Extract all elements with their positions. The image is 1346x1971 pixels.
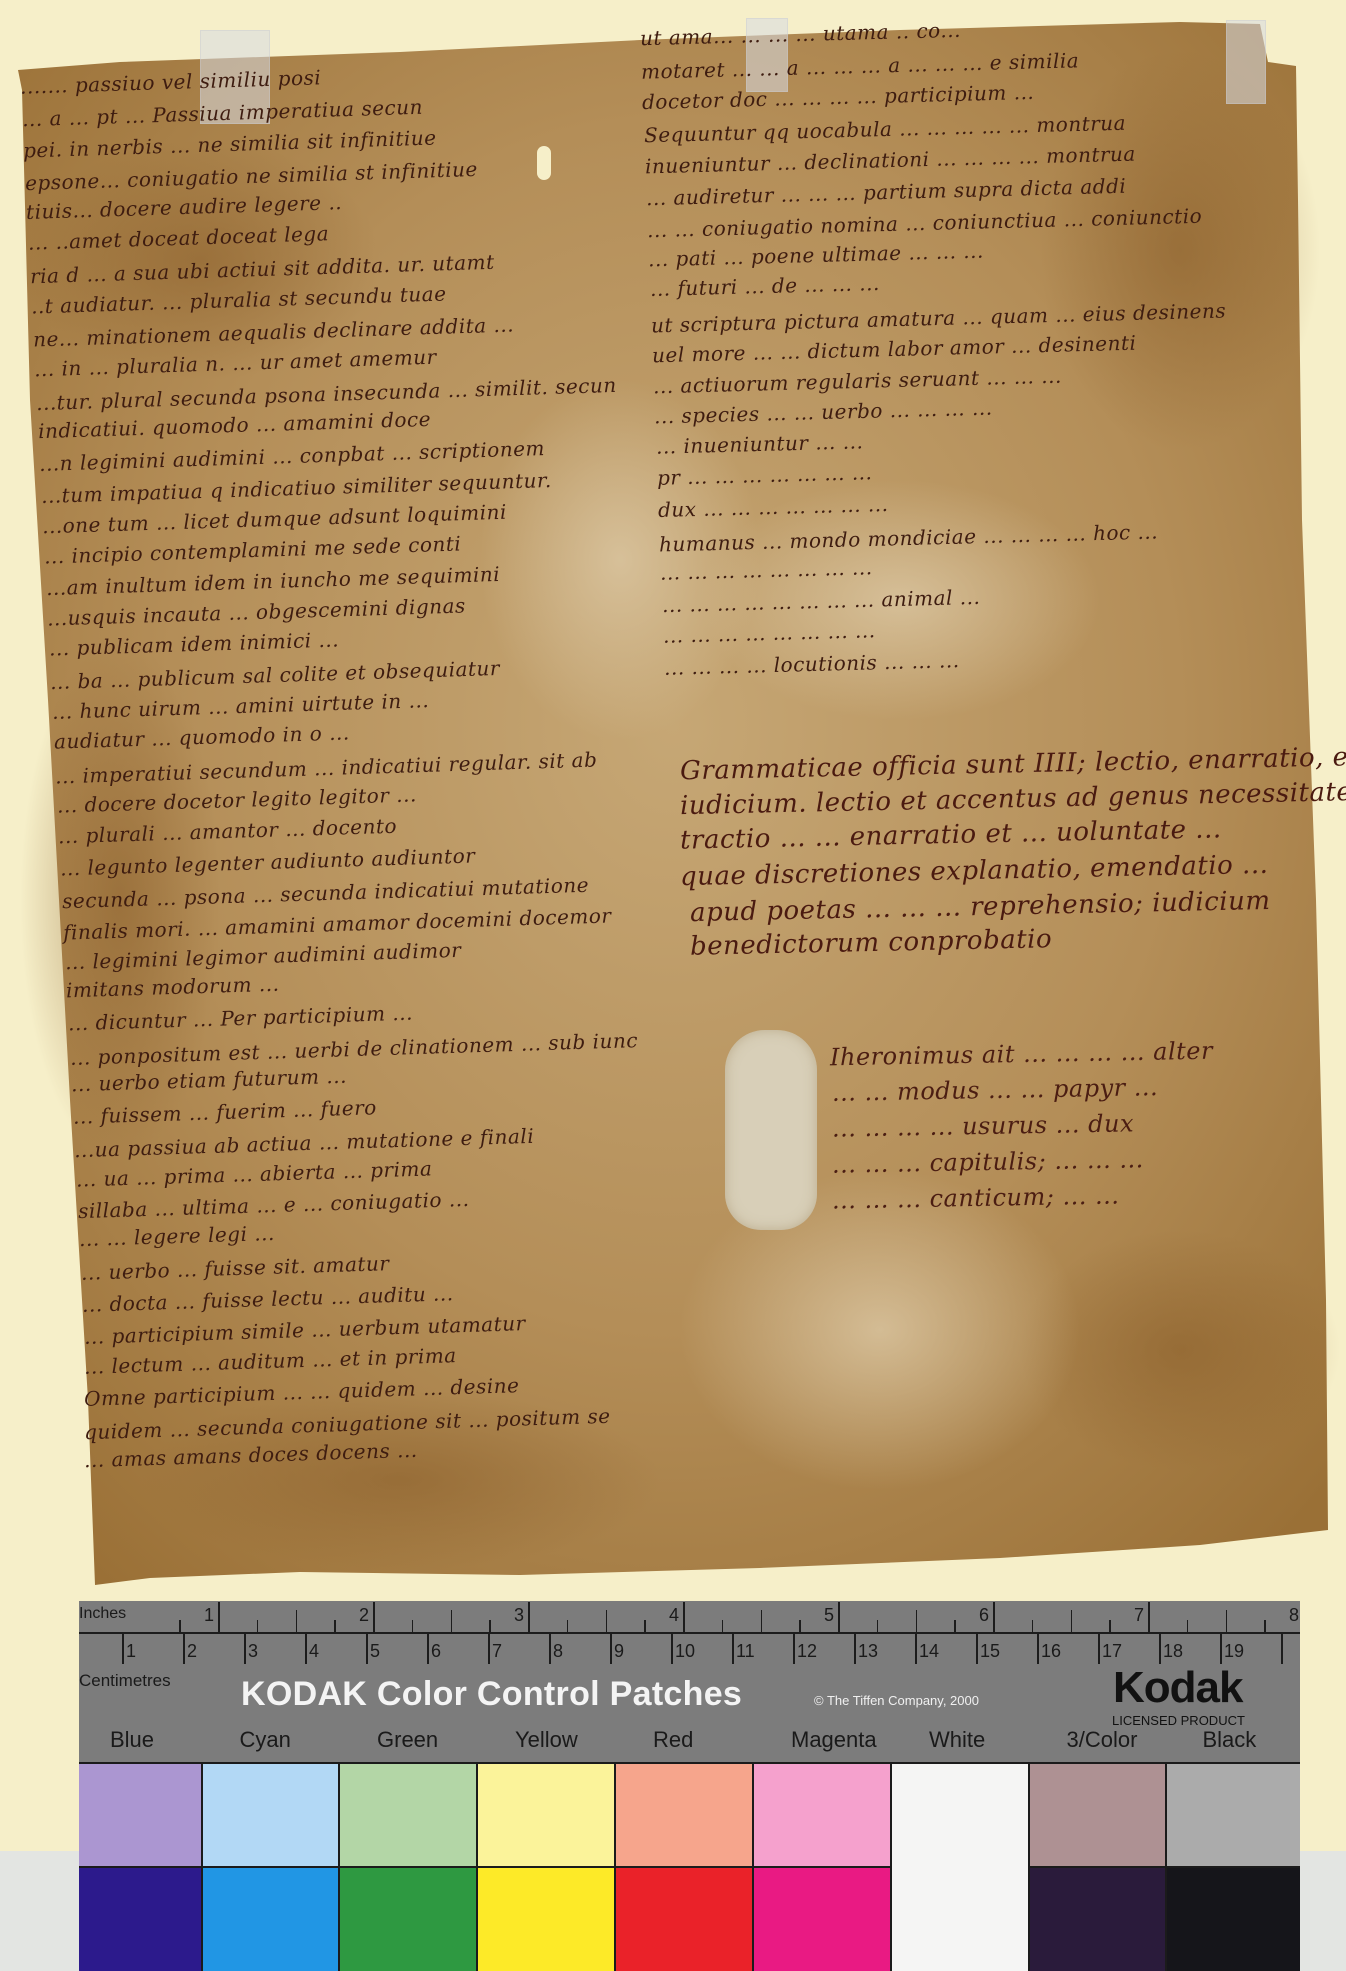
patch-label-green: Green [377,1727,438,1753]
inch-tick [761,1610,763,1632]
manuscript-line: ... ... ... capitulis; ... ... ... [832,1145,1144,1178]
cm-tick [671,1634,673,1664]
cm-label: 14 [919,1641,939,1662]
cm-tick [122,1634,124,1664]
cm-tick [366,1634,368,1664]
cm-tick [244,1634,246,1664]
patch-3-color-light [1030,1764,1165,1866]
patch-label-3-color: 3/Color [1067,1727,1138,1753]
inch-tick [1226,1610,1228,1632]
inch-tick [334,1620,336,1632]
inch-tick [412,1620,414,1632]
cm-tick [610,1634,612,1664]
cm-tick [854,1634,856,1664]
cm-label: 2 [187,1641,197,1662]
patch-red-light [616,1764,752,1866]
cm-tick [793,1634,795,1664]
inch-tick [993,1602,995,1632]
inch-tick [179,1620,181,1632]
inches-caption: Inches [79,1605,126,1623]
cm-tick [305,1634,307,1664]
manuscript-line: ... ... ... ... usurus ... dux [832,1109,1134,1142]
patch-blue-dark [79,1868,201,1971]
inch-tick [1148,1602,1150,1632]
inch-tick [528,1602,530,1632]
cm-tick [1037,1634,1039,1664]
inch-tick [451,1610,453,1632]
cm-label: 4 [309,1641,319,1662]
cm-label: 3 [248,1641,258,1662]
inch-label: 5 [824,1605,834,1626]
inch-tick [644,1620,646,1632]
patch-cyan-dark [203,1868,338,1971]
cm-label: 15 [980,1641,1000,1662]
inch-label: 1 [204,1605,214,1626]
patch-label-red: Red [653,1727,693,1753]
patch-white-light [892,1764,1028,1971]
patch-label-black: Black [1203,1727,1257,1753]
patch-blue-light [79,1764,201,1866]
patch-magenta-dark [754,1868,890,1971]
cm-label: 5 [370,1641,380,1662]
patch-label-magenta: Magenta [791,1727,877,1753]
cm-tick [183,1634,185,1664]
cm-tick [1098,1634,1100,1664]
cm-label: 19 [1224,1641,1244,1662]
patch-green-dark [340,1868,476,1971]
inch-tick [799,1620,801,1632]
patch-black-light [1167,1764,1300,1866]
inch-label: 8 [1289,1605,1299,1626]
inch-tick [877,1620,879,1632]
cm-tick [976,1634,978,1664]
patch-label-blue: Blue [110,1727,154,1753]
inch-tick [722,1620,724,1632]
cm-label: 13 [858,1641,878,1662]
color-patches [79,1762,1300,1971]
inch-tick [296,1610,298,1632]
inch-tick [1032,1620,1034,1632]
inch-tick [218,1602,220,1632]
cm-label: 8 [553,1641,563,1662]
cm-tick [1159,1634,1161,1664]
cm-label: 9 [614,1641,624,1662]
inch-label: 6 [979,1605,989,1626]
manuscript-fragment: ....... passiuo vel similiu posi... a ..… [0,0,1346,1600]
cm-tick [549,1634,551,1664]
cm-label: 11 [736,1641,755,1662]
licensed-product-label: LICENSED PRODUCT [1112,1713,1245,1728]
patch-yellow-light [478,1764,614,1866]
cm-tick [732,1634,734,1664]
inch-tick [257,1620,259,1632]
cm-label: 7 [492,1641,502,1662]
inch-tick [954,1620,956,1632]
inch-tick [1264,1620,1266,1632]
cm-label: 16 [1041,1641,1061,1662]
patch-red-dark [616,1868,752,1971]
patch-cyan-light [203,1764,338,1866]
cm-tick [915,1634,917,1664]
patch-label-cyan: Cyan [240,1727,291,1753]
manuscript-line: ... ... ... ... ... ... ... ... [663,618,876,648]
patch-green-light [340,1764,476,1866]
centimetres-caption: Centimetres [79,1671,171,1691]
cm-label: 12 [797,1641,817,1662]
inch-tick [567,1620,569,1632]
inch-tick [1187,1620,1189,1632]
manuscript-line: ... ... ... ... ... ... ... ... [660,555,873,585]
patch-3-color-dark [1030,1868,1165,1971]
color-bar-title: KODAK Color Control Patches [241,1675,742,1714]
cm-label: 6 [431,1641,441,1662]
cm-label: 10 [675,1641,695,1662]
inch-label: 4 [669,1605,679,1626]
inch-tick [838,1602,840,1632]
inch-tick [1071,1610,1073,1632]
manuscript-line: ... ... ... canticum; ... ... [832,1181,1120,1214]
manuscript-line: ... ... modus ... ... papyr ... [832,1073,1159,1107]
cm-tick [427,1634,429,1664]
copyright-notice: © The Tiffen Company, 2000 [814,1693,979,1708]
cm-label: 17 [1102,1641,1122,1662]
cm-label: 1 [126,1641,136,1662]
patch-label-white: White [929,1727,985,1753]
cm-tick [1220,1634,1222,1664]
patch-magenta-light [754,1764,890,1866]
inch-tick [373,1602,375,1632]
inch-label: 3 [514,1605,524,1626]
cm-tick [1281,1634,1283,1664]
cm-label: 18 [1163,1641,1183,1662]
kodak-color-control-bar: Inches 123456781234567891011121314151617… [79,1601,1300,1762]
inch-tick [683,1602,685,1632]
parchment-hole [537,146,551,180]
inch-tick [606,1610,608,1632]
inch-label: 2 [359,1605,369,1626]
patch-black-dark [1167,1868,1300,1971]
manuscript-line: ... inueniuntur ... ... [655,429,863,458]
inch-tick [489,1620,491,1632]
parchment-repair-patch [725,1030,817,1230]
patch-yellow-dark [478,1868,614,1971]
inch-label: 7 [1134,1605,1144,1626]
patch-label-yellow: Yellow [515,1727,578,1753]
cm-tick [488,1634,490,1664]
inch-tick [1109,1620,1111,1632]
adhesive-tape [1226,20,1266,104]
kodak-logo: Kodak [1113,1663,1242,1713]
ruler-baseline [79,1632,1300,1634]
inch-tick [916,1610,918,1632]
